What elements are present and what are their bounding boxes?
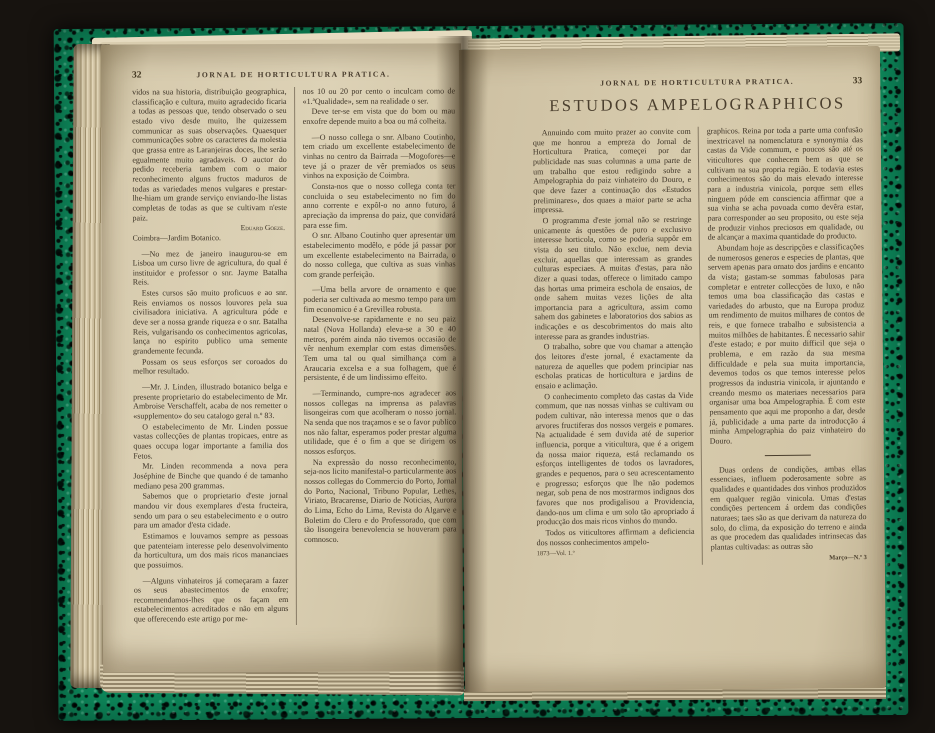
left-page-column-1: vidos na sua historia, distribuição geog… (132, 87, 295, 625)
book-page-left: 32 JORNAL DE HORTICULTURA PRATICA. vidos… (101, 43, 463, 672)
para-indent: Abundam hoje as descripções e classifica… (708, 242, 866, 446)
para-indent: Deve ter-se em vista que do bom ou mau e… (303, 107, 456, 127)
text-block: Annuindo com muito prazer ao convite com… (533, 125, 867, 566)
running-title: JORNAL DE HORTICULTURA PRATICA. (166, 70, 421, 80)
page-number: 33 (828, 76, 862, 86)
para-indent: Mr. Linden recommenda a nova pera Joséph… (133, 461, 288, 491)
article-divider (765, 454, 811, 455)
para-indent: O programma d'este jornal não se restrin… (534, 215, 693, 342)
left-page-column-2: nos 10 ou 20 por cento o inculcam como d… (294, 86, 457, 624)
para-indent: Estimamos e louvamos sempre as pessoas q… (134, 531, 289, 570)
para-item: —No mez de janeiro inaugurou-se em Lisbo… (133, 248, 288, 287)
para-indent: O conhecimento completo das castas da Vi… (535, 391, 694, 528)
para-footnote: 1873—Vol. 1.º (537, 548, 695, 559)
page-header: 32 JORNAL DE HORTICULTURA PRATICA. (132, 69, 455, 80)
para-item: —Alguns vinhateiros já começaram a fazer… (134, 575, 289, 624)
para-indent: Annuindo com muito prazer ao convite com… (533, 127, 692, 215)
para-first: vidos na sua historia, distribuição geog… (132, 87, 287, 223)
para-place: Coimbra—Jardim Botanico. (133, 233, 288, 243)
para-indent: O trabalho, sobre que vou chamar a atten… (535, 341, 693, 391)
para-item: —Mr. J. Linden, illustrado botanico belg… (133, 382, 288, 421)
running-title: JORNAL DE HORTICULTURA PRATICA. (566, 76, 828, 88)
right-page-column-2: graphicos. Reina por toda a parte uma co… (698, 125, 867, 565)
para-indent: Duas ordens de condições, ambas ellas es… (710, 464, 867, 552)
para-first: graphicos. Reina por toda a parte uma co… (707, 125, 864, 242)
text-block: vidos na sua historia, distribuição geog… (132, 86, 457, 625)
para-first: nos 10 ou 20 por cento o inculcam como d… (303, 86, 456, 106)
para-signature: Eduard Goeze. (133, 223, 286, 233)
para-indent: O snr. Albano Coutinho quer apresentar u… (303, 231, 456, 280)
right-page-column-1: Annuindo com muito prazer ao convite com… (533, 127, 702, 567)
page-header: JORNAL DE HORTICULTURA PRATICA. 33 (532, 76, 862, 89)
para-footnote-right: Março—N.º 3 (711, 553, 867, 564)
para-indent: Consta-nos que o nosso collega conta ter… (303, 181, 456, 230)
para-indent: Todos os viticultores affirmam a deficie… (537, 527, 695, 548)
para-indent: Desenvolve-se rapidamente e no seu paiz … (303, 315, 456, 383)
article-title: ESTUDOS AMPELOGRAPHICOS (532, 93, 862, 116)
page-number: 32 (132, 70, 166, 80)
book-page-right: JORNAL DE HORTICULTURA PRATICA. 33 ESTUD… (459, 46, 886, 692)
para-item: —Terminando, cumpre-nos agradecer aos no… (304, 388, 457, 456)
para-indent: Na expressão do nosso reconhecimento, se… (304, 457, 457, 544)
para-indent: O estabelecimento de Mr. Linden possue v… (133, 422, 288, 461)
para-indent: Possam os seus esforços ser coroados do … (133, 357, 288, 377)
para-item: —O nosso collega o snr. Albano Coutinho,… (303, 132, 456, 181)
para-item: —Uma bella arvore de ornamento e que pod… (303, 285, 456, 315)
para-indent: Estes cursos são muito proficuos e ao sn… (133, 288, 288, 356)
scan-background: 32 JORNAL DE HORTICULTURA PRATICA. vidos… (0, 0, 935, 733)
para-indent: Sabemos que o proprietario d'este jornal… (133, 491, 288, 530)
